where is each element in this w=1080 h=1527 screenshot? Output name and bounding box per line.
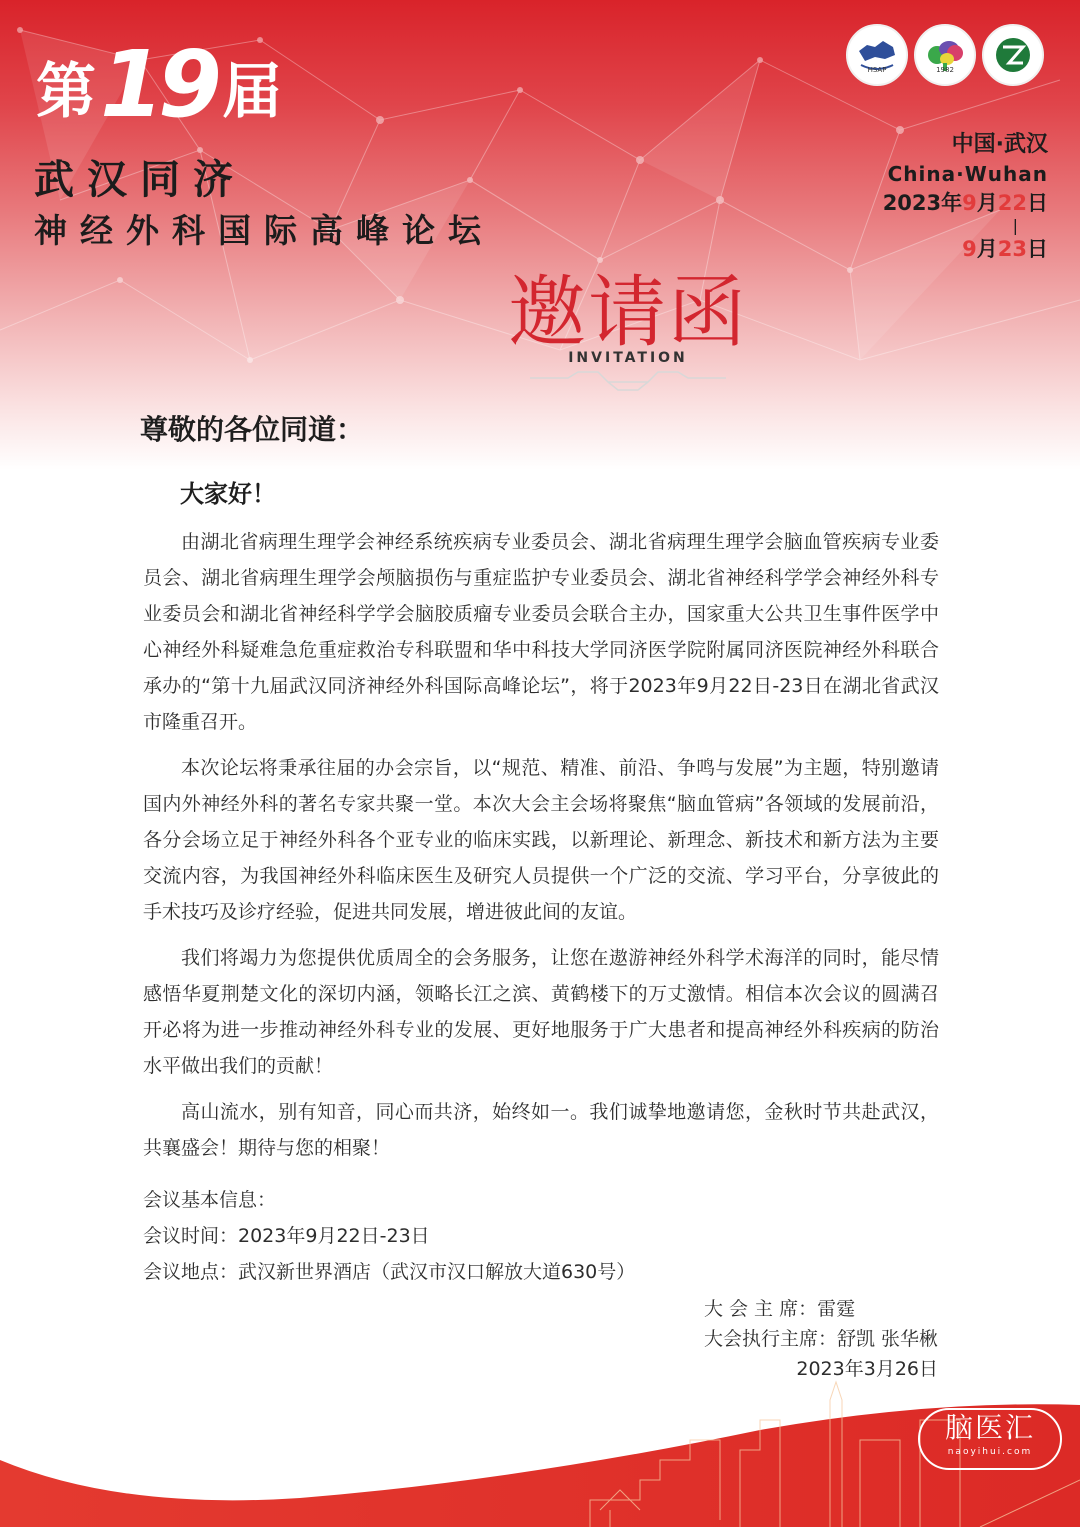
greeting: 大家好！ [180, 474, 276, 509]
signature-block: 大 会 主 席：雷霆 大会执行主席：舒凯 张华楸 2023年3月26日 [704, 1294, 938, 1384]
meeting-venue: 会议地点：武汉新世界酒店（武汉市汉口解放大道630号） [143, 1254, 635, 1290]
meeting-info: 会议基本信息： 会议时间：2023年9月22日-23日 会议地点：武汉新世界酒店… [143, 1182, 635, 1290]
date-end: 9月23日 [883, 234, 1048, 264]
paragraph-theme: 本次论坛将秉承往届的办会宗旨，以“规范、精准、前沿、争鸣与发展”为主题，特别邀请… [143, 750, 939, 930]
footer-wave-decoration [0, 1380, 1080, 1527]
neuroscience-society-logo: 1982 [914, 24, 976, 86]
paragraph-organizers: 由湖北省病理生理学会神经系统疾病专业委员会、湖北省病理生理学会脑血管疾病专业委员… [143, 524, 939, 740]
invitation-title-cn: 邀请函 [478, 270, 778, 356]
meeting-info-heading: 会议基本信息： [143, 1182, 635, 1218]
brand-watermark: 脑医汇 naoyihui.com [918, 1408, 1062, 1470]
hsap-logo: HSAP [846, 24, 908, 86]
invitation-title: 邀请函 INVITATION [478, 270, 778, 396]
tongji-hospital-logo [982, 24, 1044, 86]
paragraph-closing: 高山流水，别有知音，同心而共济，始终如一。我们诚挚地邀请您，金秋时节共赴武汉，共… [143, 1094, 939, 1166]
conference-chair: 大 会 主 席：雷霆 [704, 1294, 938, 1324]
ornament-icon [528, 370, 728, 392]
edition-number: 19 [100, 42, 216, 128]
location-en: China·Wuhan [883, 160, 1048, 188]
hsap-logo-text: HSAP [848, 66, 906, 74]
brand-url: naoyihui.com [920, 1446, 1060, 1458]
event-location-date: 中国·武汉 China·Wuhan 2023年9月22日 | 9月23日 [883, 130, 1048, 264]
edition-badge: 第 19 届 [36, 38, 282, 128]
forum-title-line1: 武汉同济 [34, 148, 246, 205]
edition-prefix: 第 [36, 56, 96, 128]
organizer-logos: HSAP 1982 [846, 24, 1044, 86]
paragraph-services: 我们将竭力为您提供优质周全的会务服务，让您在遨游神经外科学术海洋的同时，能尽情感… [143, 940, 939, 1084]
brand-name: 脑医汇 [920, 1410, 1060, 1446]
date-start: 2023年9月22日 [883, 188, 1048, 218]
forum-title-line2: 神经外科国际高峰论坛 [34, 205, 494, 252]
date-separator: | [883, 218, 1048, 234]
tongji-emblem-icon [991, 33, 1035, 77]
letter-body: 由湖北省病理生理学会神经系统疾病专业委员会、湖北省病理生理学会脑血管疾病专业委员… [143, 524, 939, 1176]
executive-chairs: 大会执行主席：舒凯 张华楸 [704, 1324, 938, 1354]
edition-suffix: 届 [222, 56, 282, 128]
neuroscience-logo-year: 1982 [916, 66, 974, 74]
location-cn: 中国·武汉 [883, 130, 1048, 160]
salutation: 尊敬的各位同道： [140, 408, 364, 448]
meeting-time: 会议时间：2023年9月22日-23日 [143, 1218, 635, 1254]
